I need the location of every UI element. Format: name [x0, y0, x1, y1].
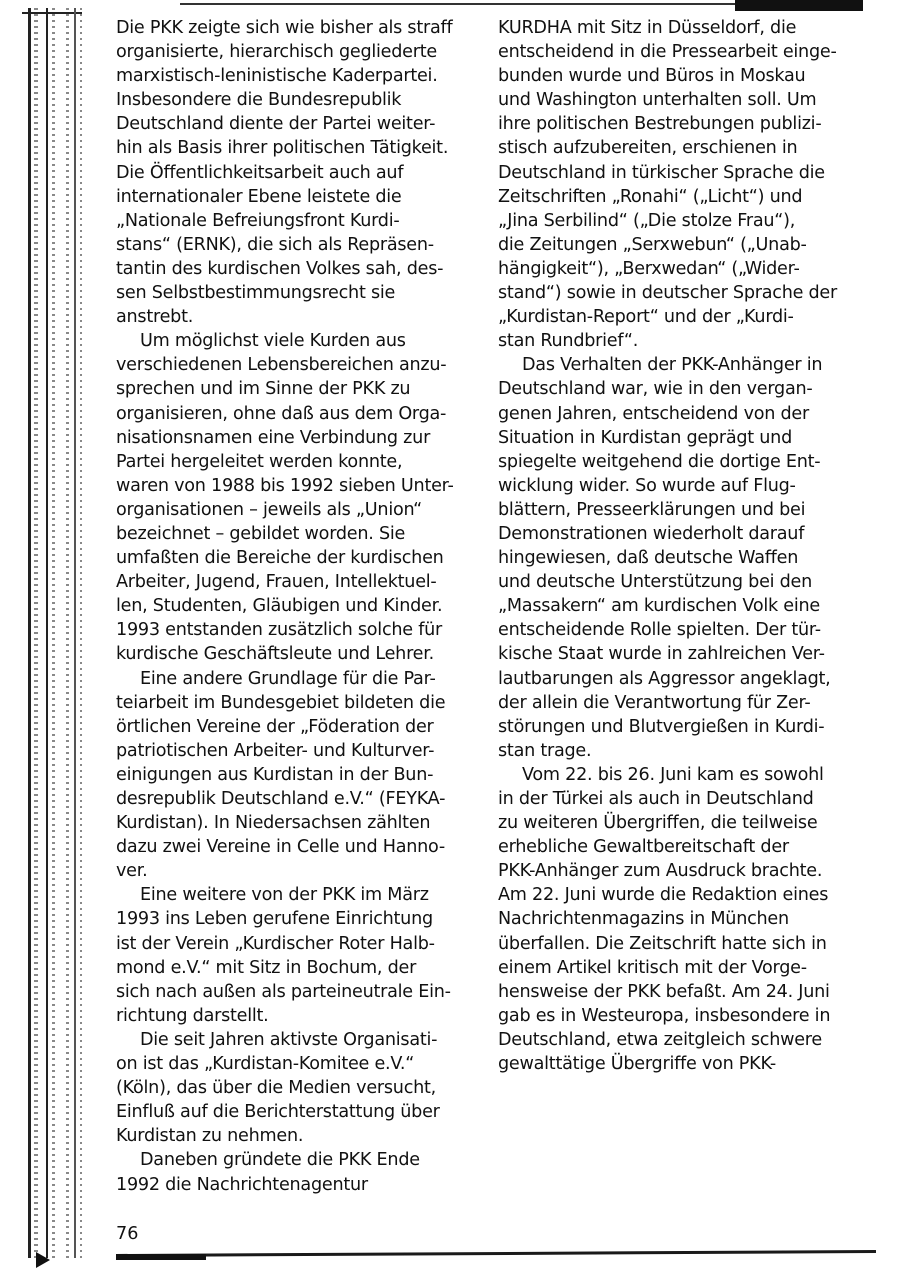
text-line: Deutschland, etwa zeitgleich schwere: [498, 1028, 878, 1052]
text-line: entscheidende Rolle spielten. Der tür-: [498, 618, 878, 642]
text-line: stan trage.: [498, 739, 878, 763]
text-line: verschiedenen Lebensbereichen anzu-: [116, 353, 496, 377]
book-binding-edge: [22, 8, 92, 1258]
text-line: stand“) sowie in deutscher Sprache der: [498, 281, 878, 305]
text-line: Insbesondere die Bundesrepublik: [116, 88, 496, 112]
text-line: stans“ (ERNK), die sich als Repräsen-: [116, 233, 496, 257]
text-column-left: Die PKK zeigte sich wie bisher als straf…: [116, 16, 496, 1197]
text-line: nisationsnamen eine Verbindung zur: [116, 426, 496, 450]
text-line: Die seit Jahren aktivste Organisati-: [116, 1028, 496, 1052]
text-line: Kurdistan zu nehmen.: [116, 1124, 496, 1148]
text-line: genen Jahren, entscheidend von der: [498, 402, 878, 426]
text-line: gab es in Westeuropa, insbesondere in: [498, 1004, 878, 1028]
text-line: ist der Verein „Kurdischer Roter Halb-: [116, 932, 496, 956]
text-line: Situation in Kurdistan geprägt und: [498, 426, 878, 450]
text-line: internationaler Ebene leistete die: [116, 185, 496, 209]
text-line: Nachrichtenmagazins in München: [498, 907, 878, 931]
text-column-right: KURDHA mit Sitz in Düsseldorf, die entsc…: [498, 16, 878, 1076]
paragraph: Daneben gründete die PKK Ende 1992 die N…: [116, 1148, 496, 1196]
text-line: Zeitschriften „Ronahi“ („Licht“) und: [498, 185, 878, 209]
text-line: hensweise der PKK befaßt. Am 24. Juni: [498, 980, 878, 1004]
text-line: KURDHA mit Sitz in Düsseldorf, die: [498, 16, 878, 40]
text-line: kurdische Geschäftsleute und Lehrer.: [116, 642, 496, 666]
paragraph: Das Verhalten der PKK-Anhänger in Deutsc…: [498, 353, 878, 763]
scan-bottom-rule: [116, 1250, 876, 1257]
text-line: blättern, Presseerklärungen und bei: [498, 498, 878, 522]
text-line: Kurdistan). In Niedersachsen zählten: [116, 811, 496, 835]
text-line: in der Türkei als auch in Deutschland: [498, 787, 878, 811]
paragraph: Vom 22. bis 26. Juni kam es sowohl in de…: [498, 763, 878, 1076]
text-line: dazu zwei Vereine in Celle und Hanno-: [116, 835, 496, 859]
text-line: organisierte, hierarchisch gegliederte: [116, 40, 496, 64]
text-line: (Köln), das über die Medien versucht,: [116, 1076, 496, 1100]
text-line: Die PKK zeigte sich wie bisher als straf…: [116, 16, 496, 40]
text-line: umfaßten die Bereiche der kurdischen: [116, 546, 496, 570]
text-line: 1993 ins Leben gerufene Einrichtung: [116, 907, 496, 931]
text-line: hingewiesen, daß deutsche Waffen: [498, 546, 878, 570]
text-line: organisationen – jeweils als „Union“: [116, 498, 496, 522]
paragraph: Eine weitere von der PKK im März 1993 in…: [116, 883, 496, 1028]
text-line: spiegelte weitgehend die dortige Ent-: [498, 450, 878, 474]
text-line: Arbeiter, Jugend, Frauen, Intellektuel-: [116, 570, 496, 594]
paragraph: Eine andere Grundlage für die Par- teiar…: [116, 667, 496, 884]
text-line: Deutschland diente der Partei weiter-: [116, 112, 496, 136]
page-number: 76: [116, 1222, 138, 1246]
text-line: sprechen und im Sinne der PKK zu: [116, 377, 496, 401]
text-line: richtung darstellt.: [116, 1004, 496, 1028]
text-line: waren von 1988 bis 1992 sieben Unter-: [116, 474, 496, 498]
text-line: Um möglichst viele Kurden aus: [116, 329, 496, 353]
text-line: 1993 entstanden zusätzlich solche für: [116, 618, 496, 642]
text-line: erhebliche Gewaltbereitschaft der: [498, 835, 878, 859]
text-line: PKK-Anhänger zum Ausdruck brachte.: [498, 859, 878, 883]
text-line: Die Öffentlichkeitsarbeit auch auf: [116, 161, 496, 185]
text-line: patriotischen Arbeiter- und Kulturver-: [116, 739, 496, 763]
document-page: Die PKK zeigte sich wie bisher als straf…: [0, 0, 900, 1276]
text-line: Vom 22. bis 26. Juni kam es sowohl: [498, 763, 878, 787]
text-line: sich nach außen als parteineutrale Ein-: [116, 980, 496, 1004]
text-line: entscheidend in die Pressearbeit einge-: [498, 40, 878, 64]
text-line: 1992 die Nachrichtenagentur: [116, 1173, 496, 1197]
text-line: hängigkeit“), „Berxwedan“ („Wider-: [498, 257, 878, 281]
text-line: teiarbeit im Bundesgebiet bildeten die: [116, 691, 496, 715]
text-line: stisch aufzubereiten, erschienen in: [498, 136, 878, 160]
text-line: überfallen. Die Zeitschrift hatte sich i…: [498, 932, 878, 956]
text-line: Deutschland war, wie in den vergan-: [498, 377, 878, 401]
text-line: zu weiteren Übergriffen, die teilweise: [498, 811, 878, 835]
text-line: Eine andere Grundlage für die Par-: [116, 667, 496, 691]
text-line: örtlichen Vereine der „Föderation der: [116, 715, 496, 739]
text-line: wicklung wider. So wurde auf Flug-: [498, 474, 878, 498]
text-line: hin als Basis ihrer politischen Tätigkei…: [116, 136, 496, 160]
text-line: on ist das „Kurdistan-Komitee e.V.“: [116, 1052, 496, 1076]
paragraph: Die seit Jahren aktivste Organisati- on …: [116, 1028, 496, 1148]
text-line: störungen und Blutvergießen in Kurdi-: [498, 715, 878, 739]
text-line: bezeichnet – gebildet worden. Sie: [116, 522, 496, 546]
text-line: einigungen aus Kurdistan in der Bun-: [116, 763, 496, 787]
text-line: und deutsche Unterstützung bei den: [498, 570, 878, 594]
text-line: desrepublik Deutschland e.V.“ (FEYKA-: [116, 787, 496, 811]
text-line: ver.: [116, 859, 496, 883]
text-line: Demonstrationen wiederholt darauf: [498, 522, 878, 546]
paragraph: KURDHA mit Sitz in Düsseldorf, die entsc…: [498, 16, 878, 353]
text-line: lautbarungen als Aggressor angeklagt,: [498, 667, 878, 691]
text-line: gewalttätige Übergriffe von PKK-: [498, 1052, 878, 1076]
text-line: Das Verhalten der PKK-Anhänger in: [498, 353, 878, 377]
text-line: der allein die Verantwortung für Zer-: [498, 691, 878, 715]
text-line: Daneben gründete die PKK Ende: [116, 1148, 496, 1172]
text-line: einem Artikel kritisch mit der Vorge-: [498, 956, 878, 980]
text-line: Eine weitere von der PKK im März: [116, 883, 496, 907]
text-line: „Kurdistan-Report“ und der „Kurdi-: [498, 305, 878, 329]
text-line: mond e.V.“ mit Sitz in Bochum, der: [116, 956, 496, 980]
text-line: stan Rundbrief“.: [498, 329, 878, 353]
text-line: „Nationale Befreiungsfront Kurdi-: [116, 209, 496, 233]
text-line: sen Selbstbestimmungsrecht sie: [116, 281, 496, 305]
text-line: „Massakern“ am kurdischen Volk eine: [498, 594, 878, 618]
text-line: tantin des kurdischen Volkes sah, des-: [116, 257, 496, 281]
scan-bottom-rule-thick: [116, 1254, 206, 1260]
text-line: die Zeitungen „Serxwebun“ („Unab-: [498, 233, 878, 257]
text-line: len, Studenten, Gläubigen und Kinder.: [116, 594, 496, 618]
text-line: Einfluß auf die Berichterstattung über: [116, 1100, 496, 1124]
text-line: ihre politischen Bestrebungen publizi-: [498, 112, 878, 136]
corner-arrow-icon: [36, 1252, 50, 1268]
scan-top-dark-edge: [735, 0, 863, 11]
text-line: organisieren, ohne daß aus dem Orga-: [116, 402, 496, 426]
text-line: „Jina Serbilind“ („Die stolze Frau“),: [498, 209, 878, 233]
text-line: kische Staat wurde in zahlreichen Ver-: [498, 642, 878, 666]
paragraph: Die PKK zeigte sich wie bisher als straf…: [116, 16, 496, 329]
text-line: Deutschland in türkischer Sprache die: [498, 161, 878, 185]
text-line: Am 22. Juni wurde die Redaktion eines: [498, 883, 878, 907]
text-line: bunden wurde und Büros in Moskau: [498, 64, 878, 88]
text-line: anstrebt.: [116, 305, 496, 329]
text-line: marxistisch-leninistische Kaderpartei.: [116, 64, 496, 88]
text-line: Partei hergeleitet werden konnte,: [116, 450, 496, 474]
paragraph: Um möglichst viele Kurden aus verschiede…: [116, 329, 496, 666]
text-line: und Washington unterhalten soll. Um: [498, 88, 878, 112]
